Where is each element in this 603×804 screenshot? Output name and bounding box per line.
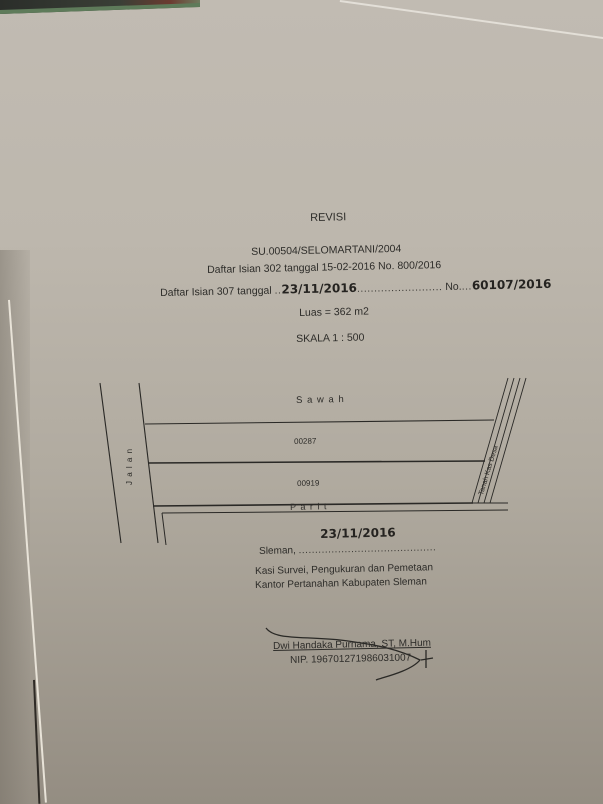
boundary-parcel-divider <box>148 461 485 463</box>
place-label: Sleman, <box>259 545 296 557</box>
label-parit: P a r i t <box>290 501 328 512</box>
date-stamp: 23/11/2016 <box>320 525 396 541</box>
label-sawah: S a w a h <box>296 394 345 406</box>
parcel-00919: 00919 <box>297 479 319 488</box>
lower-block-edge <box>162 513 166 545</box>
east-line-1 <box>472 378 508 503</box>
road-line-west <box>100 383 121 543</box>
east-line-3 <box>484 378 520 503</box>
boundary-north <box>145 420 494 424</box>
signature-initial <box>421 650 433 668</box>
east-line-4 <box>490 378 526 503</box>
label-jalan: J a l a n <box>125 448 134 485</box>
parcel-00287: 00287 <box>294 437 316 446</box>
parit-line-lower <box>162 510 508 513</box>
